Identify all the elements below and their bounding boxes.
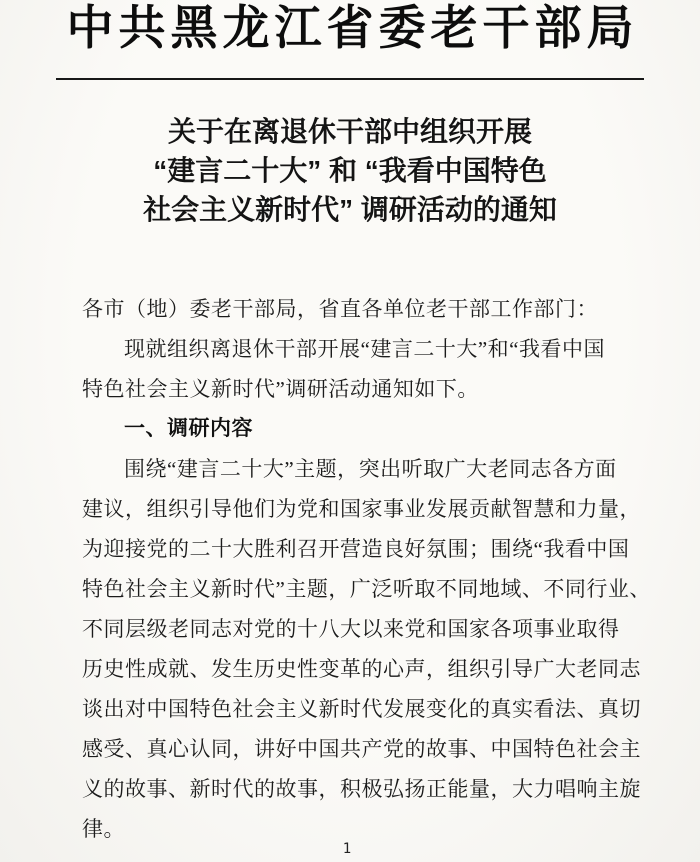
letterhead-divider-rule bbox=[56, 78, 644, 80]
document-title-line: 社会主义新时代” 调研活动的通知 bbox=[0, 190, 700, 229]
body-line: 谈出对中国特色社会主义新时代发展变化的真实看法、真切 bbox=[82, 689, 618, 729]
scanned-document-page: 中共黑龙江省委老干部局 关于在离退休干部中组织开展 “建言二十大” 和 “我看中… bbox=[0, 0, 700, 862]
body-line: 感受、真心认同，讲好中国共产党的故事、中国特色社会主 bbox=[82, 729, 618, 769]
body-line: 特色社会主义新时代”主题，广泛听取不同地域、不同行业、 bbox=[82, 569, 618, 609]
page-number: 1 bbox=[0, 842, 694, 856]
body-line: 不同层级老同志对党的十八大以来党和国家各项事业取得 bbox=[82, 609, 618, 649]
body-line: 建议，组织引导他们为党和国家事业发展贡献智慧和力量， bbox=[82, 489, 618, 529]
document-title-line: 关于在离退休干部中组织开展 bbox=[0, 112, 700, 151]
body-line: 为迎接党的二十大胜利召开营造良好氛围；围绕“我看中国 bbox=[82, 529, 618, 569]
document-body: 各市（地）委老干部局，省直各单位老干部工作部门： 现就组织离退休干部开展“建言二… bbox=[82, 289, 618, 849]
letterhead-org-title: 中共黑龙江省委老干部局 bbox=[0, 0, 700, 57]
body-line: 现就组织离退休干部开展“建言二十大”和“我看中国 bbox=[82, 329, 618, 369]
body-line: 义的故事、新时代的故事，积极弘扬正能量，大力唱响主旋 bbox=[82, 769, 618, 809]
salutation-line: 各市（地）委老干部局，省直各单位老干部工作部门： bbox=[82, 289, 618, 329]
body-line: 围绕“建言二十大”主题，突出听取广大老同志各方面 bbox=[82, 449, 618, 489]
document-title-line: “建言二十大” 和 “我看中国特色 bbox=[0, 151, 700, 190]
body-line: 历史性成就、发生历史性变革的心声，组织引导广大老同志 bbox=[82, 649, 618, 689]
section-heading: 一、调研内容 bbox=[82, 409, 618, 449]
document-title: 关于在离退休干部中组织开展 “建言二十大” 和 “我看中国特色 社会主义新时代”… bbox=[0, 112, 700, 229]
body-line: 特色社会主义新时代”调研活动通知如下。 bbox=[82, 369, 618, 409]
